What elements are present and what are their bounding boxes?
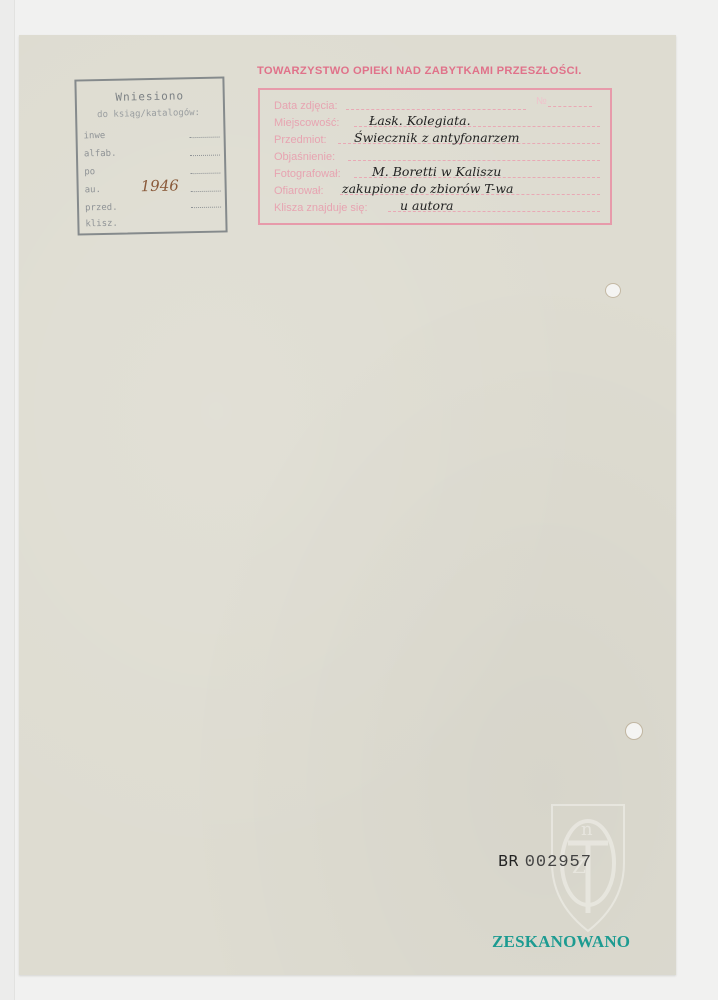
registry-row-line bbox=[190, 155, 220, 157]
registry-row-line bbox=[191, 207, 221, 209]
registry-row-label: po bbox=[84, 167, 95, 177]
field-value: Świecznik z antyfonarzem bbox=[354, 130, 519, 145]
registry-row-label: klisz. bbox=[85, 219, 118, 230]
registry-stamp-heading: Wniesiono bbox=[77, 88, 223, 104]
registry-stamp: Wniesiono do ksiąg/katalogów: inwe alfab… bbox=[74, 76, 227, 235]
registry-handwritten-year: 1946 bbox=[140, 176, 179, 195]
field-photographer: Fotografował: M. Boretti w Kaliszu bbox=[274, 162, 600, 180]
photo-record-form: № Data zdjęcia: Miejscowość: Łask. Koleg… bbox=[258, 88, 612, 225]
svg-text:n: n bbox=[581, 819, 593, 840]
field-description: Objaśnienie: bbox=[274, 145, 600, 163]
field-subject: Przedmiot: Świecznik z antyfonarzem bbox=[274, 128, 600, 146]
scanned-stamp: ZESKANOWANO bbox=[492, 932, 630, 952]
field-value: Łask. Kolegiata. bbox=[369, 113, 471, 128]
registry-row-label: inwe bbox=[83, 131, 105, 141]
scanner-margin bbox=[0, 0, 15, 1000]
society-title: TOWARZYSTWO OPIEKI NAD ZABYTKAMI PRZESZŁ… bbox=[257, 65, 582, 77]
field-negative-location: Klisza znajduje się: u autora bbox=[274, 196, 600, 214]
field-donor: Ofiarował: zakupione do zbiorów T-wa bbox=[274, 179, 600, 197]
registry-row-line bbox=[191, 191, 221, 193]
field-line bbox=[348, 160, 600, 161]
accession-prefix: BR bbox=[498, 852, 519, 870]
registry-row-label: alfab. bbox=[84, 149, 117, 160]
field-label: Klisza znajduje się: bbox=[274, 202, 368, 214]
registry-row-label: au. bbox=[85, 185, 101, 195]
field-value: zakupione do zbiorów T-wa bbox=[342, 181, 514, 196]
punch-hole-bottom bbox=[626, 723, 642, 739]
field-value: M. Boretti w Kaliszu bbox=[372, 164, 501, 179]
punch-hole-top bbox=[606, 284, 620, 297]
registry-row-line bbox=[190, 173, 220, 175]
accession-number: BR002957 bbox=[498, 852, 592, 872]
registry-stamp-subheading: do ksiąg/katalogów: bbox=[97, 108, 200, 120]
field-location: Miejscowość: Łask. Kolegiata. bbox=[274, 111, 600, 129]
field-photo-date: Data zdjęcia: bbox=[274, 94, 600, 112]
field-value: u autora bbox=[400, 198, 454, 213]
registry-row-label: przed. bbox=[85, 203, 118, 214]
registry-row-line bbox=[190, 137, 220, 139]
accession-digits: 002957 bbox=[525, 853, 592, 872]
field-line bbox=[346, 109, 526, 110]
